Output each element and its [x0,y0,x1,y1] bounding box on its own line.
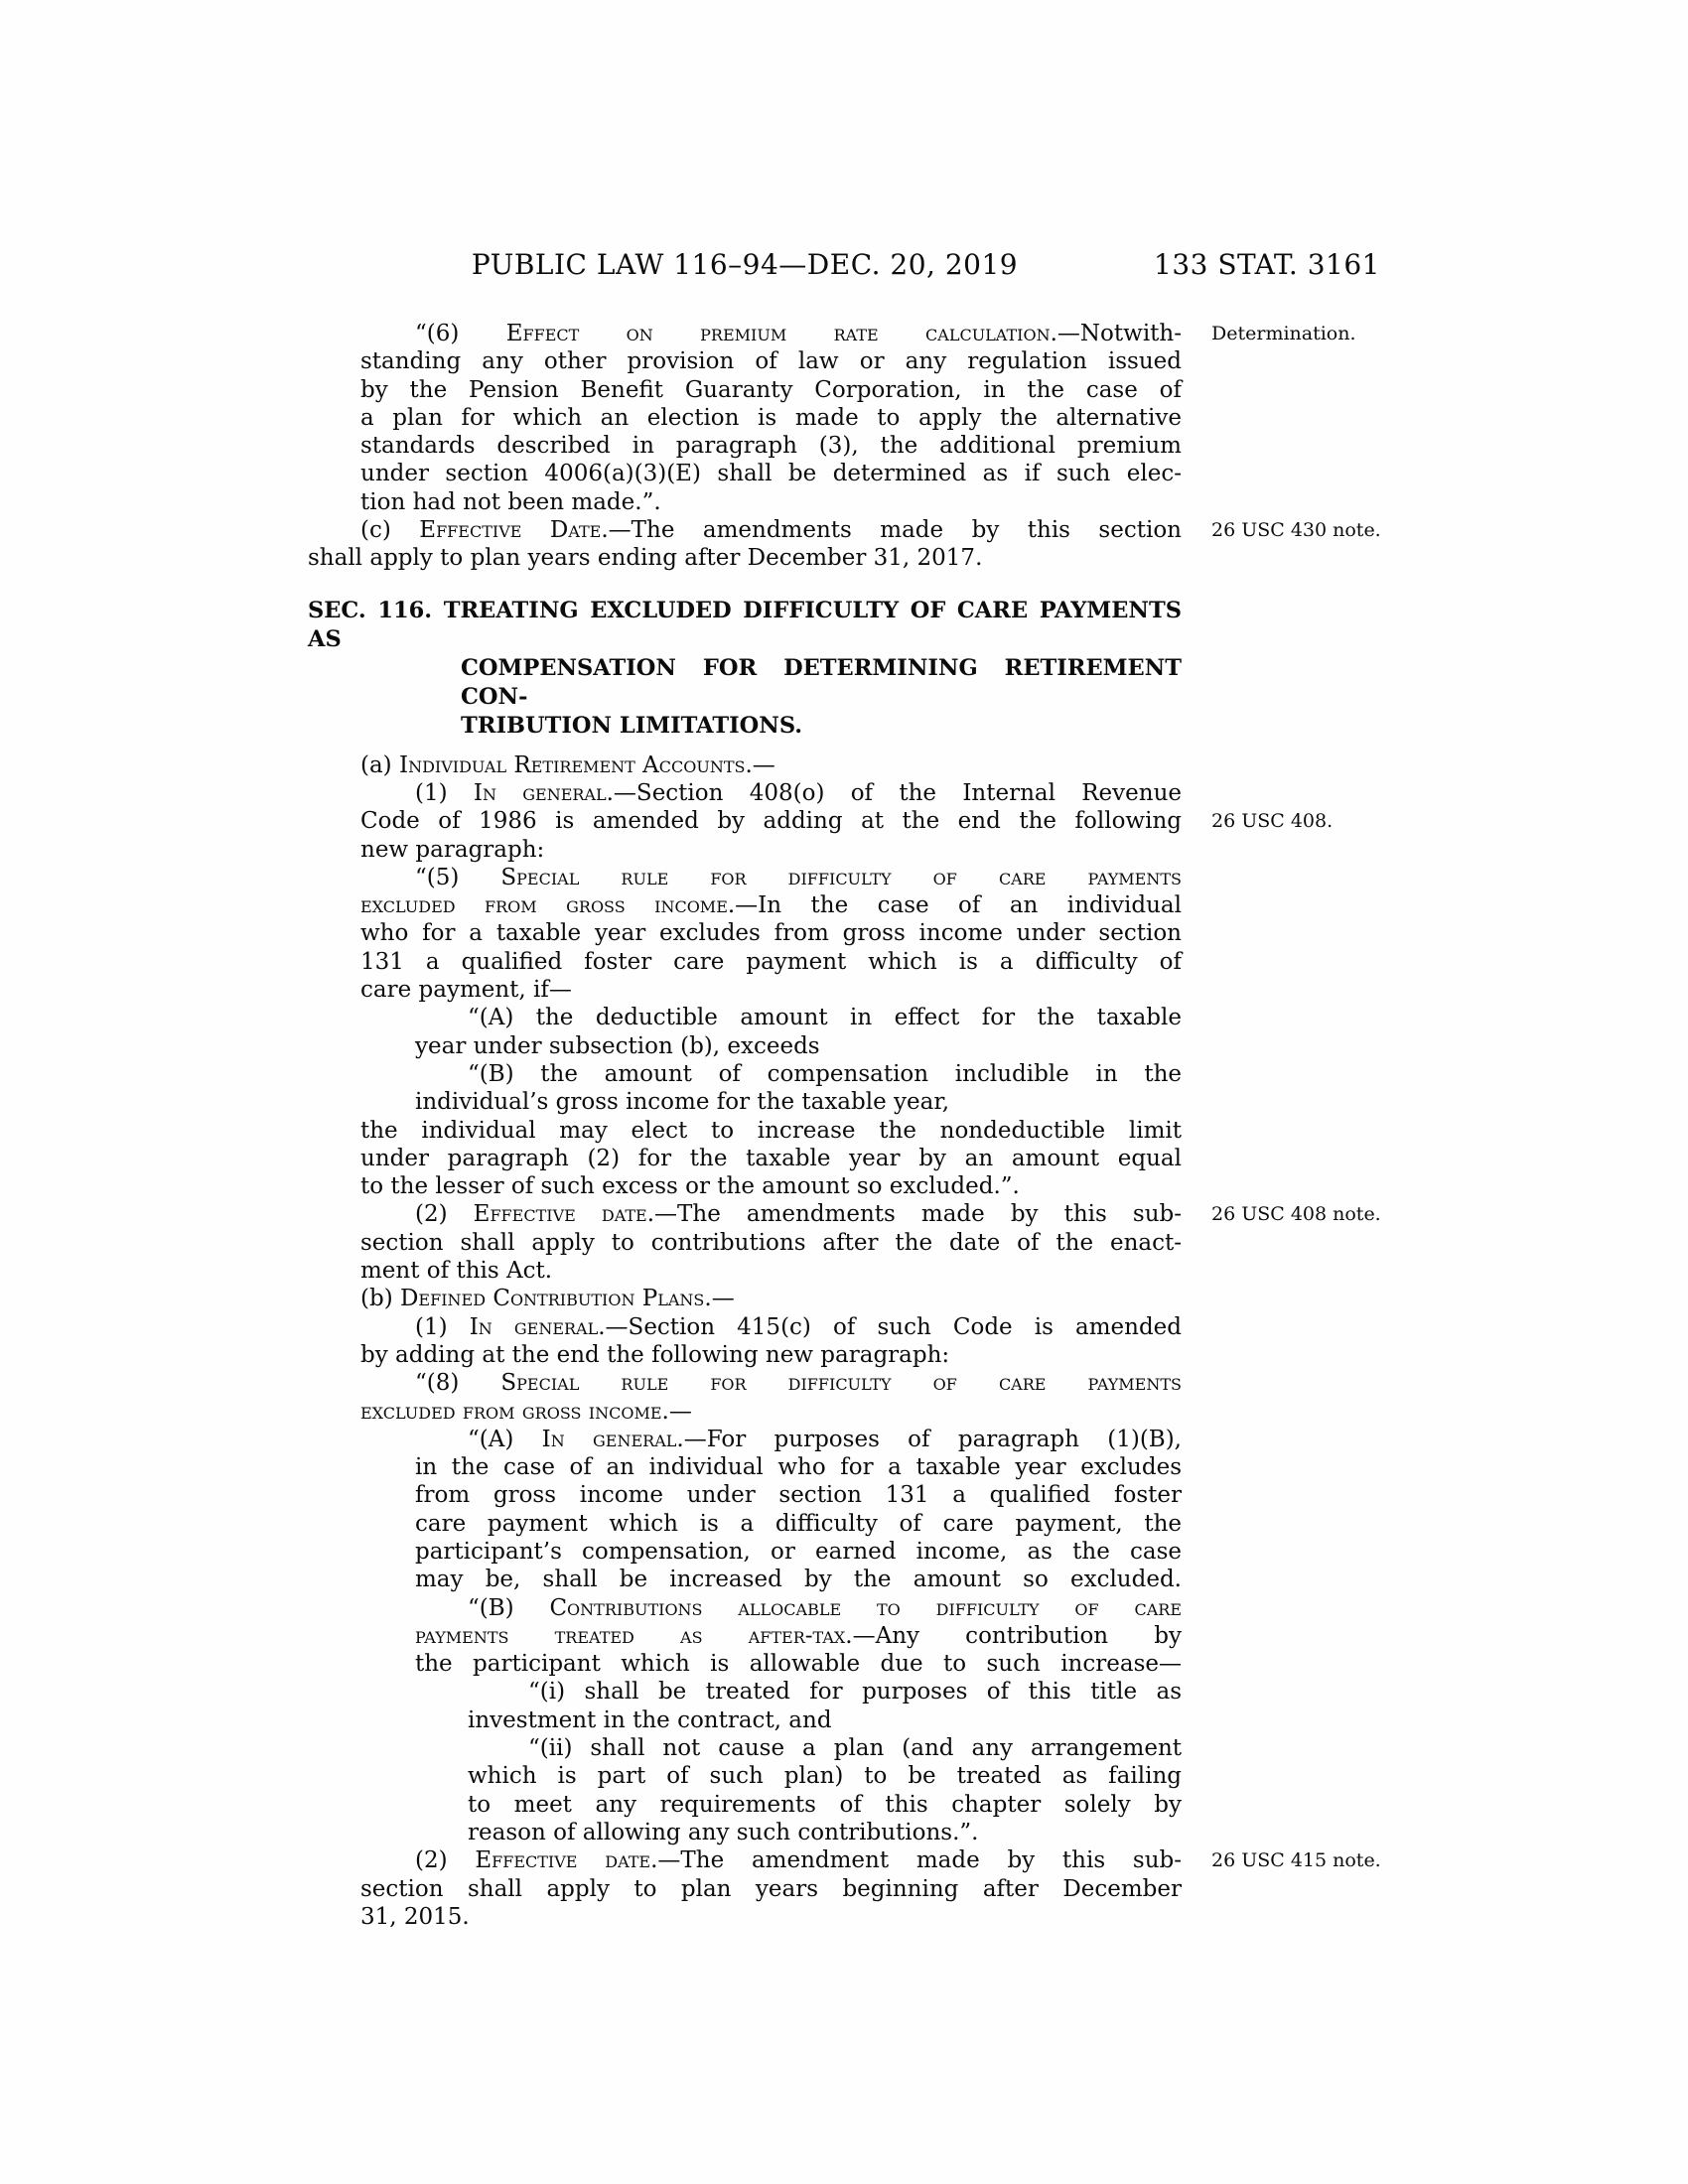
paragraph-block: “(i) shall be treated for purposes of th… [308,1678,1182,1734]
text-line: from gross income under section 131 a qu… [308,1481,1182,1509]
paragraph-block: “(B) Contributions allocable to difficul… [308,1594,1182,1679]
text-line: the participant which is allowable due t… [308,1650,1182,1678]
text-segment: 31, 2015. [360,1904,470,1930]
text-segment: .— [746,752,775,778]
text-segment: new paragraph: [360,837,544,863]
body-column: “(6) Effect on premium rate calculation.… [308,320,1182,1931]
text-line: payments treated as after-tax.—Any contr… [308,1622,1182,1650]
paragraph-block: “(5) Special rule for difficulty of care… [308,864,1182,1004]
text-segment: may be, shall be increased by the amount… [415,1567,1182,1592]
running-header-stat-citation: 133 STAT. 3161 [1154,248,1380,281]
text-segment: the participant which is allowable due t… [415,1651,1182,1677]
text-segment: a plan for which an election is made to … [360,405,1182,431]
paragraph-block: (a) Individual Retirement Accounts.— [308,751,1182,779]
text-segment: individual’s gross income for the taxabl… [415,1089,949,1115]
small-caps-text: Effective date [475,1847,650,1873]
text-segment: under section 4006(a)(3)(E) shall be det… [360,461,1182,486]
margin-note: Determination. [1211,323,1400,345]
text-segment: by adding at the end the following new p… [360,1342,949,1368]
text-segment: under paragraph (2) for the taxable year… [360,1146,1182,1171]
small-caps-text: In general [474,780,607,806]
text-line: the individual may elect to increase the… [308,1117,1182,1145]
text-segment: investment in the contract, and [468,1707,832,1733]
text-segment: “(B) [468,1595,549,1621]
text-segment: (2) [415,1847,475,1873]
small-caps-text: Contributions allocable to difficulty of… [549,1595,1182,1621]
small-caps-text: In general [542,1427,677,1452]
text-segment: 131 a qualified foster care payment whic… [360,949,1182,975]
text-line: (2) Effective date.—The amendment made b… [308,1846,1182,1874]
margin-note: 26 USC 415 note. [1211,1849,1400,1872]
text-segment: “(A) the deductible amount in effect for… [468,1005,1182,1030]
text-segment: (1) [415,780,474,806]
text-segment: (2) [415,1201,474,1227]
margin-note: 26 USC 430 note. [1211,519,1400,542]
text-line: under section 4006(a)(3)(E) shall be det… [308,460,1182,487]
small-caps-text: excluded from gross income [360,1399,662,1425]
text-segment: .— [662,1399,692,1425]
text-line: new paragraph: [308,836,1182,864]
text-line: tion had not been made.”. [308,488,1182,516]
paragraph-block: (1) In general.—Section 408(o) of the In… [308,779,1182,864]
margin-note: 26 USC 408. [1211,810,1400,833]
small-caps-text: Effect on premium rate calculation [506,321,1051,346]
text-segment: .—Any contribution by [845,1623,1182,1649]
text-line: who for a taxable year excludes from gro… [308,919,1182,947]
text-segment: .—For purposes of paragraph (1)(B), [676,1427,1182,1452]
text-segment: (a) [360,752,399,778]
text-line: in the case of an individual who for a t… [308,1453,1182,1481]
text-line: COMPENSATION FOR DETERMINING RETIREMENT … [308,654,1182,712]
text-line: “(6) Effect on premium rate calculation.… [308,320,1182,347]
small-caps-text: Effective date [474,1201,647,1227]
text-line: “(ii) shall not cause a plan (and any ar… [308,1734,1182,1762]
paragraph-block: (2) Effective date.—The amendments made … [308,1200,1182,1285]
paragraph-block: “(A) the deductible amount in effect for… [308,1004,1182,1060]
text-segment: reason of allowing any such contribution… [468,1820,979,1845]
text-line: section shall apply to plan years beginn… [308,1875,1182,1903]
text-line: excluded from gross income.—In the case … [308,891,1182,919]
text-segment: (b) [360,1286,400,1311]
text-segment: .—The amendment made by this sub- [650,1847,1182,1873]
text-line: individual’s gross income for the taxabl… [308,1088,1182,1116]
text-segment: Code of 1986 is amended by adding at the… [360,808,1182,834]
text-line: investment in the contract, and [308,1706,1182,1734]
text-line: participant’s compensation, or earned in… [308,1538,1182,1566]
text-segment: standing any other provision of law or a… [360,348,1182,374]
text-segment: (1) [415,1314,470,1340]
text-line: standards described in paragraph (3), th… [308,432,1182,460]
text-segment: participant’s compensation, or earned in… [415,1539,1182,1565]
small-caps-text: Effective Date [419,517,601,543]
paragraph-block: “(ii) shall not cause a plan (and any ar… [308,1734,1182,1846]
small-caps-text: Special rule for difficulty of care paym… [500,1370,1182,1396]
statute-page: PUBLIC LAW 116–94—DEC. 20, 2019 133 STAT… [0,0,1688,2184]
text-line: year under subsection (b), exceeds [308,1032,1182,1060]
text-line: which is part of such plan) to be treate… [308,1762,1182,1790]
text-segment: to the lesser of such excess or the amou… [360,1173,1020,1199]
text-segment: “(8) [415,1370,500,1396]
text-segment: SEC. 116. TREATING EXCLUDED DIFFICULTY O… [308,598,1182,652]
text-line: by adding at the end the following new p… [308,1341,1182,1369]
running-header: PUBLIC LAW 116–94—DEC. 20, 2019 133 STAT… [308,248,1380,284]
text-segment: “(6) [415,321,506,346]
text-segment: which is part of such plan) to be treate… [468,1763,1182,1789]
text-segment: “(ii) shall not cause a plan (and any ar… [528,1735,1182,1761]
small-caps-text: payments treated as after-tax [415,1623,845,1649]
text-line: TRIBUTION LIMITATIONS. [308,712,1182,741]
text-line: “(B) Contributions allocable to difficul… [308,1594,1182,1622]
text-line: reason of allowing any such contribution… [308,1819,1182,1846]
paragraph-block: the individual may elect to increase the… [308,1117,1182,1201]
text-segment: the individual may elect to increase the… [360,1118,1182,1144]
text-line: (2) Effective date.—The amendments made … [308,1200,1182,1228]
paragraph-block: “(8) Special rule for difficulty of care… [308,1369,1182,1426]
text-line: Code of 1986 is amended by adding at the… [308,807,1182,835]
paragraph-block: (2) Effective date.—The amendment made b… [308,1846,1182,1931]
text-line: “(B) the amount of compensation includib… [308,1060,1182,1088]
text-line: care payment which is a difficulty of ca… [308,1510,1182,1538]
text-line: standing any other provision of law or a… [308,347,1182,375]
paragraph-block: “(6) Effect on premium rate calculation.… [308,320,1182,516]
text-line: “(8) Special rule for difficulty of care… [308,1369,1182,1397]
text-segment: section shall apply to plan years beginn… [360,1876,1182,1902]
text-line: “(A) In general.—For purposes of paragra… [308,1426,1182,1453]
running-header-law-title: PUBLIC LAW 116–94—DEC. 20, 2019 [308,248,1182,281]
text-line: “(A) the deductible amount in effect for… [308,1004,1182,1031]
text-line: under paragraph (2) for the taxable year… [308,1145,1182,1172]
text-segment: .— [704,1286,734,1311]
text-line: 131 a qualified foster care payment whic… [308,948,1182,976]
paragraph-block: “(A) In general.—For purposes of paragra… [308,1426,1182,1594]
margin-note: 26 USC 408 note. [1211,1203,1400,1226]
text-segment: .—The amendments made by this section [601,517,1182,543]
text-segment: .—The amendments made by this sub- [647,1201,1182,1227]
text-segment: “(i) shall be treated for purposes of th… [528,1679,1182,1705]
section-heading: SEC. 116. TREATING EXCLUDED DIFFICULTY O… [308,597,1182,741]
text-segment: to meet any requirements of this chapter… [468,1792,1182,1818]
text-segment: COMPENSATION FOR DETERMINING RETIREMENT … [461,655,1182,710]
text-line: by the Pension Benefit Guaranty Corporat… [308,376,1182,404]
text-segment: who for a taxable year excludes from gro… [360,920,1182,946]
text-line: shall apply to plan years ending after D… [308,544,1182,572]
text-segment: from gross income under section 131 a qu… [415,1482,1182,1508]
text-segment: “(A) [468,1427,542,1452]
text-segment: TRIBUTION LIMITATIONS. [461,713,802,739]
text-segment: shall apply to plan years ending after D… [308,545,982,571]
text-segment: tion had not been made.”. [360,489,661,515]
small-caps-text: Individual Retirement Accounts [399,752,746,778]
text-segment: care payment which is a difficulty of ca… [415,1511,1182,1537]
text-line: SEC. 116. TREATING EXCLUDED DIFFICULTY O… [308,597,1182,654]
text-segment: .—In the case of an individual [728,892,1182,918]
paragraph-block: (c) Effective Date.—The amendments made … [308,516,1182,573]
text-segment: year under subsection (b), exceeds [415,1033,820,1059]
text-line: ment of this Act. [308,1257,1182,1285]
small-caps-text: In general [470,1314,599,1340]
text-line: “(i) shall be treated for purposes of th… [308,1678,1182,1706]
text-line: 31, 2015. [308,1903,1182,1931]
paragraph-block: (1) In general.—Section 415(c) of such C… [308,1313,1182,1370]
text-segment: section shall apply to contributions aft… [360,1230,1182,1256]
text-line: (b) Defined Contribution Plans.— [308,1285,1182,1312]
text-line: section shall apply to contributions aft… [308,1229,1182,1257]
text-segment: by the Pension Benefit Guaranty Corporat… [360,377,1182,403]
text-segment: in the case of an individual who for a t… [415,1454,1182,1480]
paragraph-block: (b) Defined Contribution Plans.— [308,1285,1182,1312]
paragraph-block: “(B) the amount of compensation includib… [308,1060,1182,1117]
text-line: (1) In general.—Section 415(c) of such C… [308,1313,1182,1341]
text-line: to the lesser of such excess or the amou… [308,1172,1182,1200]
small-caps-text: Defined Contribution Plans [400,1286,704,1311]
text-segment: .—Section 415(c) of such Code is amended [598,1314,1182,1340]
text-segment: standards described in paragraph (3), th… [360,433,1182,459]
text-segment: care payment, if— [360,977,572,1003]
text-line: may be, shall be increased by the amount… [308,1566,1182,1593]
text-line: (a) Individual Retirement Accounts.— [308,751,1182,779]
text-segment: (c) [360,517,419,543]
text-line: care payment, if— [308,976,1182,1004]
text-segment: ment of this Act. [360,1258,552,1284]
text-line: to meet any requirements of this chapter… [308,1791,1182,1819]
small-caps-text: Special rule for difficulty of care paym… [500,865,1182,890]
text-line: “(5) Special rule for difficulty of care… [308,864,1182,891]
text-segment: “(B) the amount of compensation includib… [468,1061,1182,1087]
text-line: excluded from gross income.— [308,1398,1182,1426]
small-caps-text: excluded from gross income [360,892,728,918]
text-segment: .—Section 408(o) of the Internal Revenue [607,780,1182,806]
text-segment: .—Notwith- [1051,321,1182,346]
text-line: (1) In general.—Section 408(o) of the In… [308,779,1182,807]
text-segment: “(5) [415,865,500,890]
text-line: a plan for which an election is made to … [308,404,1182,432]
text-line: (c) Effective Date.—The amendments made … [308,516,1182,544]
